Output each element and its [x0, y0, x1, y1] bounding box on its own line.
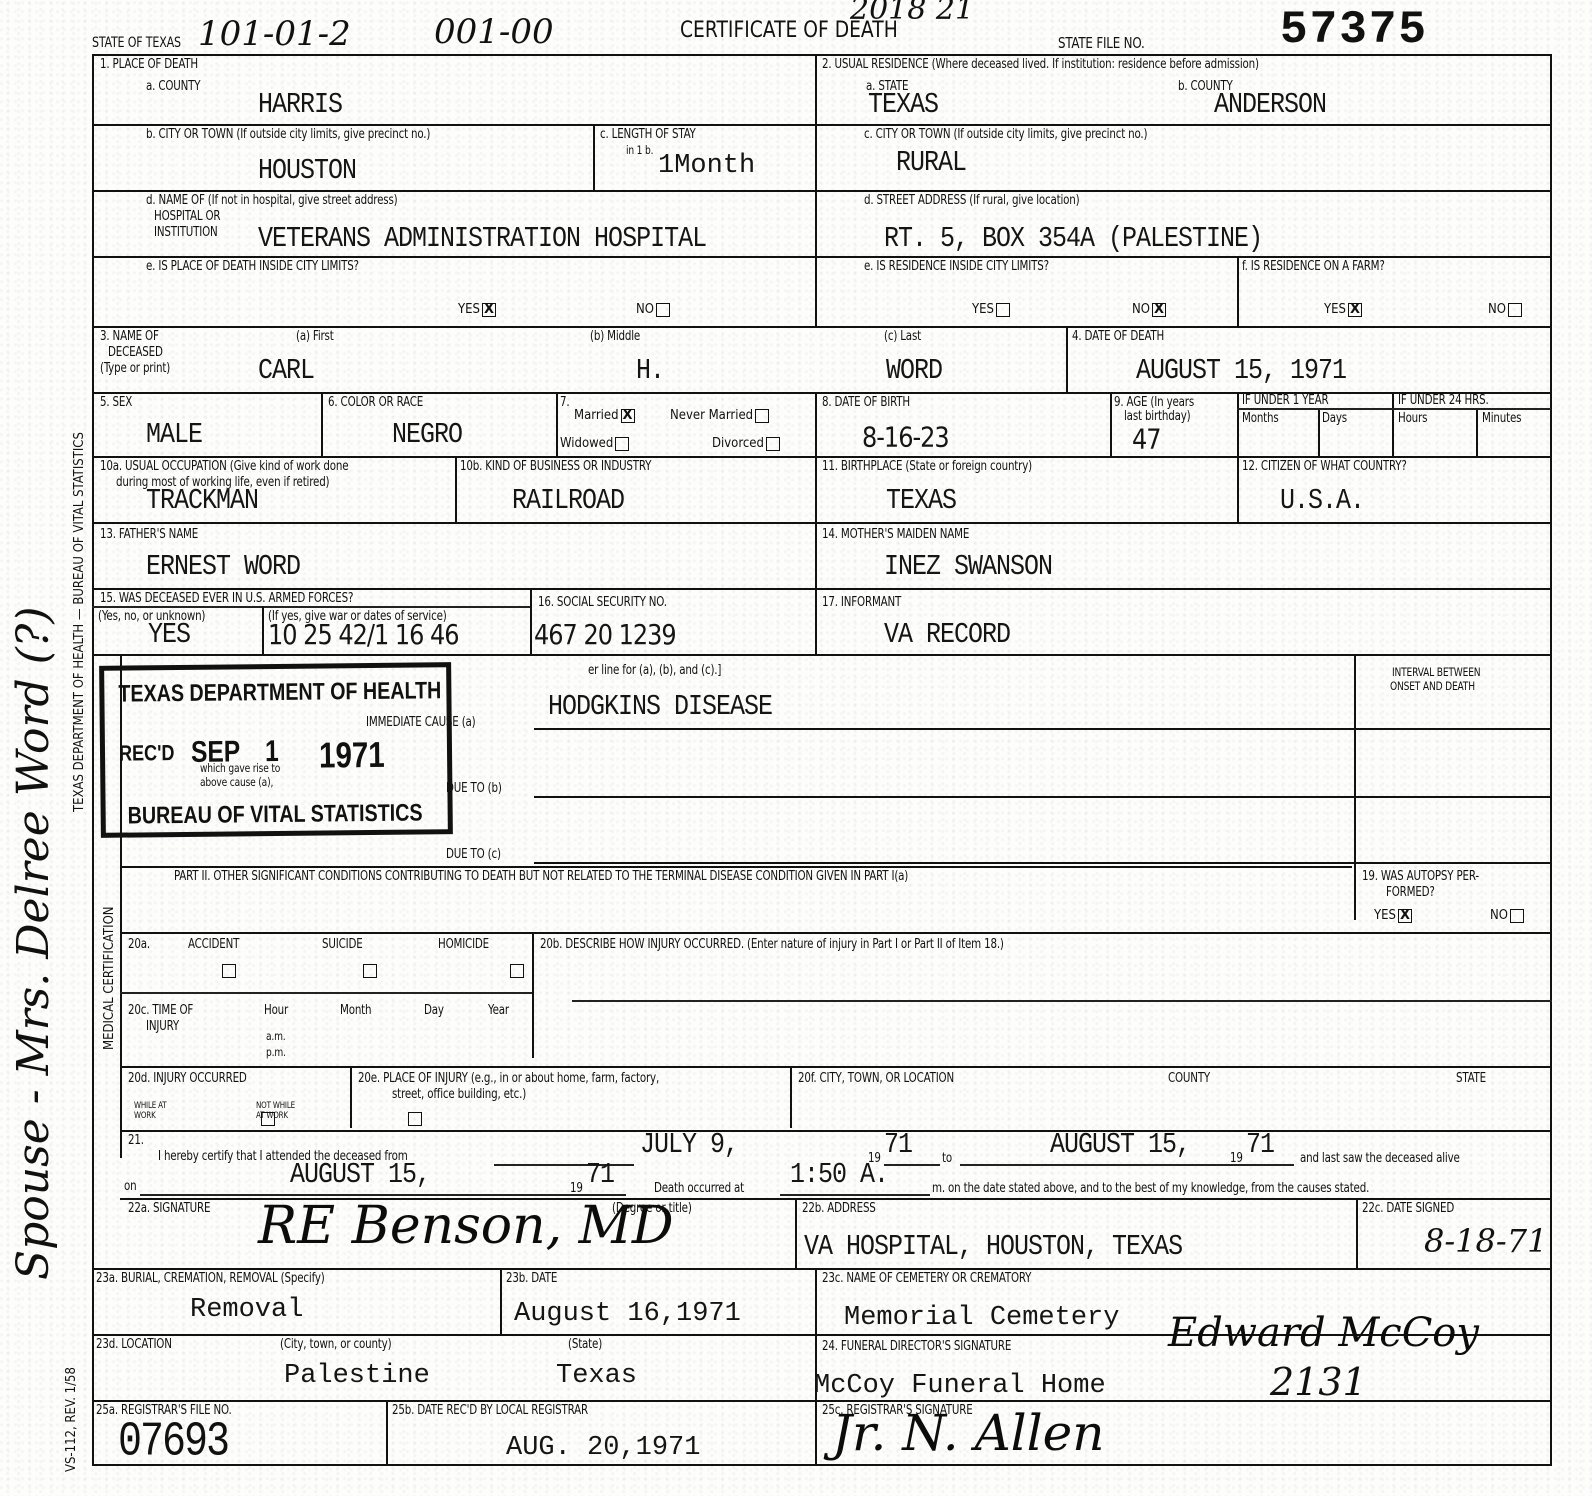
mother-label: 14. MOTHER'S MAIDEN NAME [822, 528, 969, 542]
col-line [500, 1268, 502, 1334]
handwritten-code-1: 101-01-2 [198, 14, 351, 54]
state-file-label: STATE FILE NO. [1058, 36, 1145, 50]
medical-certification-vertical-text: MEDICAL CERTIFICATION [102, 906, 117, 1050]
cemetery-value: Memorial Cemetery [844, 1304, 1119, 1332]
checkbox-checked[interactable]: X [621, 409, 635, 423]
checkbox[interactable] [766, 437, 780, 451]
age-value: 47 [1132, 424, 1161, 454]
cemetery-label: 23c. NAME OF CEMETERY OR CREMATORY [822, 1272, 1031, 1286]
res-farm-label: f. IS RESIDENCE ON A FARM? [1242, 260, 1385, 274]
on-label: on [124, 1180, 136, 1194]
last-seen-date: AUGUST 15, [290, 1160, 430, 1190]
length-of-stay-value: 1Month [658, 152, 755, 180]
length-of-stay-sublabel: in 1 b. [626, 144, 653, 156]
armed-forces-label: 15. WAS DECEASED EVER IN U.S. ARMED FORC… [100, 592, 353, 606]
sex-value: MALE [146, 420, 202, 450]
col-line [321, 392, 323, 456]
time-of-injury-label-1: 20c. TIME OF [128, 1004, 193, 1018]
married-label: Married [574, 408, 619, 423]
hour-label: Hour [264, 1004, 288, 1018]
hospital-label-3: INSTITUTION [154, 226, 218, 240]
col-line [350, 1066, 352, 1128]
row-line [534, 728, 1552, 730]
funeral-director-label: 24. FUNERAL DIRECTOR'S SIGNATURE [822, 1340, 1011, 1354]
res-inside-limits-label: e. IS RESIDENCE INSIDE CITY LIMITS? [864, 260, 1049, 274]
birthplace-label: 11. BIRTHPLACE (State or foreign country… [822, 460, 1032, 474]
place-of-injury-label-2: street, office building, etc.) [392, 1088, 526, 1102]
autopsy-label-1: 19. WAS AUTOPSY PER- [1362, 870, 1479, 884]
widowed-option[interactable]: Widowed [560, 436, 629, 452]
row-line [92, 392, 1552, 394]
first-name-value: CARL [258, 356, 314, 386]
year-label: Year [488, 1004, 509, 1018]
last-seen-year: 71 [586, 1160, 614, 1190]
birthplace-value: TEXAS [886, 486, 956, 516]
pod-city-value: HOUSTON [258, 156, 356, 186]
checkbox-checked[interactable]: X [1348, 303, 1362, 317]
stamp-recd: REC'D [119, 740, 175, 767]
row-line [120, 992, 532, 994]
row-line [534, 862, 1552, 864]
funeral-home-value: McCoy Funeral Home [814, 1372, 1106, 1400]
cert-num: 21. [128, 1134, 144, 1148]
pod-inside-limits-yes[interactable]: YESX [458, 302, 496, 318]
mother-value: INEZ SWANSON [884, 552, 1052, 582]
frame-bottom-line [92, 1464, 1552, 1466]
row-line [120, 1066, 1552, 1068]
race-value: NEGRO [392, 420, 462, 450]
stamp-dept: TEXAS DEPARTMENT OF HEALTH [118, 677, 441, 708]
autopsy-no[interactable]: NO [1490, 908, 1524, 924]
date-of-death-value: AUGUST 15, 1971 [1136, 356, 1346, 386]
registrar-date-label: 25b. DATE REC'D BY LOCAL REGISTRAR [392, 1404, 588, 1418]
interval-label-2: ONSET AND DEATH [1390, 680, 1475, 692]
row-line [92, 522, 1552, 524]
pod-county-label: a. COUNTY [146, 80, 200, 94]
row-line [92, 456, 1552, 458]
address-value: VA HOSPITAL, HOUSTON, TEXAS [804, 1232, 1182, 1262]
under-year-label: IF UNDER 1 YEAR [1242, 394, 1328, 408]
length-of-stay-label: c. LENGTH OF STAY [600, 128, 696, 142]
place-of-injury-label-1: 20e. PLACE OF INJURY (e.g., in or about … [358, 1072, 659, 1086]
handwritten-code-2: 001-00 [434, 12, 554, 52]
funeral-license-number: 2131 [1270, 1360, 1367, 1404]
form-revision-text: VS-112, REV. 1/58 [64, 1367, 79, 1472]
homicide-label: HOMICIDE [438, 938, 489, 952]
col-line [530, 588, 532, 654]
state-label: STATE OF TEXAS [92, 36, 181, 50]
location-state-value: Texas [556, 1362, 637, 1390]
row-line [92, 124, 816, 126]
attended-to-date: AUGUST 15, [1050, 1130, 1190, 1160]
am-label: a.m. [266, 1030, 286, 1042]
hospital-label-2: HOSPITAL OR [154, 210, 220, 224]
row-line [92, 326, 1552, 328]
row-line [815, 124, 1551, 126]
col-line [790, 1066, 792, 1128]
res-street-value: RT. 5, BOX 354A (PALESTINE) [884, 224, 1262, 254]
death-time-value: 1:50 A. [790, 1160, 888, 1190]
col-line [556, 392, 558, 456]
row-line [120, 866, 1352, 868]
industry-label: 10b. KIND OF BUSINESS OR INDUSTRY [460, 460, 651, 474]
row-line [92, 588, 1552, 590]
col-line [1318, 408, 1320, 456]
date-of-death-label: 4. DATE OF DEATH [1072, 330, 1164, 344]
row-line [572, 1000, 1552, 1002]
res-city-value: RURAL [896, 148, 966, 178]
injury-type-label: 20a. [128, 938, 150, 952]
yes-label: YES [458, 302, 480, 317]
disposition-date-label: 23b. DATE [506, 1272, 557, 1286]
injury-county-label: COUNTY [1168, 1072, 1210, 1086]
burial-label: 23a. BURIAL, CREMATION, REMOVAL (Specify… [96, 1272, 325, 1286]
death-certificate-page: STATE OF TEXAS 101-01-2 001-00 CERTIFICA… [0, 0, 1592, 1496]
checkbox-checked[interactable]: X [482, 303, 496, 317]
yes-label: YES [972, 302, 994, 317]
not-at-work-checkbox[interactable] [408, 1112, 422, 1126]
frame-left-line [92, 54, 94, 1464]
injury-occurred-label: 20d. INJURY OCCURRED [128, 1072, 247, 1086]
race-label: 6. COLOR OR RACE [328, 396, 423, 410]
occupation-value: TRACKMAN [146, 486, 258, 516]
checkbox[interactable] [996, 303, 1010, 317]
received-stamp: TEXAS DEPARTMENT OF HEALTH REC'D SEP 1 1… [99, 662, 453, 838]
col-line [532, 932, 534, 1058]
never-married-label: Never Married [670, 408, 753, 423]
burial-value: Removal [190, 1296, 303, 1324]
citizen-value: U.S.A. [1280, 486, 1364, 516]
armed-forces-value: YES [148, 620, 190, 650]
place-of-death-label: 1. PLACE OF DEATH [100, 58, 198, 72]
cert-text-3: m. on the date stated above, and to the … [932, 1182, 1369, 1196]
col-line [1237, 256, 1239, 326]
attended-from-year: 71 [884, 1130, 912, 1160]
accident-checkbox[interactable] [222, 964, 236, 978]
middle-name-value: H. [636, 356, 664, 386]
registrar-signature: Jr. N. Allen [832, 1404, 1104, 1462]
autopsy-yes[interactable]: YESX [1374, 908, 1412, 924]
due-to-c-label: DUE TO (c) [446, 848, 501, 862]
injury-state-label: STATE [1456, 1072, 1486, 1086]
injury-location-label: 20f. CITY, TOWN, OR LOCATION [798, 1072, 954, 1086]
attended-to-year: 71 [1246, 1130, 1274, 1160]
date-signed-label: 22c. DATE SIGNED [1362, 1202, 1454, 1216]
describe-injury-label: 20b. DESCRIBE HOW INJURY OCCURRED. (Ente… [540, 938, 1004, 952]
minutes-label: Minutes [1482, 412, 1521, 426]
registrar-date-value: AUG. 20,1971 [506, 1434, 700, 1462]
immediate-cause-value: HODGKINS DISEASE [548, 692, 772, 722]
interval-column-line [1354, 654, 1356, 920]
res-street-label: d. STREET ADDRESS (If rural, give locati… [864, 194, 1079, 208]
location-state-sublabel: (State) [568, 1338, 602, 1352]
col-line [455, 456, 457, 522]
last-name-label: (c) Last [884, 330, 921, 344]
hospital-label-1: d. NAME OF (If not in hospital, give str… [146, 194, 397, 208]
col-line [795, 1198, 797, 1268]
to-label: to [942, 1152, 952, 1166]
death-occurred-label: Death occurred at [654, 1182, 744, 1196]
suicide-label: SUICIDE [322, 938, 363, 952]
checkbox-checked[interactable]: X [1398, 909, 1412, 923]
row-line [92, 256, 1552, 258]
row-line [1237, 408, 1551, 410]
department-vertical-text: TEXAS DEPARTMENT OF HEALTH — BUREAU OF V… [72, 432, 87, 812]
months-label: Months [1242, 412, 1279, 426]
time-of-injury-label-2: INJURY [146, 1020, 179, 1034]
interval-label-1: INTERVAL BETWEEN [1392, 666, 1480, 678]
col-line [1066, 326, 1068, 392]
col-line [1356, 1198, 1358, 1268]
under-day-label: IF UNDER 24 HRS. [1398, 394, 1489, 408]
row-line [92, 1268, 1552, 1270]
days-label: Days [1322, 412, 1347, 426]
age-label-2: last birthday) [1124, 410, 1190, 424]
checkbox-checked[interactable]: X [1152, 303, 1166, 317]
pod-inside-limits-label: e. IS PLACE OF DEATH INSIDE CITY LIMITS? [146, 260, 359, 274]
name-label-1: 3. NAME OF [100, 330, 159, 344]
col-line [593, 124, 595, 190]
cert-text-2: and last saw the deceased alive [1300, 1152, 1460, 1166]
name-label-3: (Type or print) [100, 362, 170, 376]
address-label: 22b. ADDRESS [802, 1202, 876, 1216]
occupation-label-1: 10a. USUAL OCCUPATION (Give kind of work… [100, 460, 348, 474]
underline [884, 1164, 940, 1166]
col-line [386, 1400, 388, 1464]
row-line [92, 606, 532, 608]
divorced-label: Divorced [712, 436, 764, 451]
state-file-number: 57375 [1280, 4, 1428, 56]
no-label: NO [1132, 302, 1150, 317]
col-line [1110, 392, 1112, 456]
residence-label: 2. USUAL RESIDENCE (Where deceased lived… [822, 58, 1259, 72]
informant-value: VA RECORD [884, 620, 1010, 650]
father-value: ERNEST WORD [146, 552, 300, 582]
industry-value: RAILROAD [512, 486, 624, 516]
degree-label: (Degree or title) [612, 1202, 692, 1216]
no-label: NO [636, 302, 654, 317]
frame-right-line [1550, 54, 1552, 1464]
divorced-option[interactable]: Divorced [712, 436, 780, 452]
widowed-label: Widowed [560, 436, 613, 451]
pm-label: p.m. [266, 1046, 286, 1058]
location-city-value: Palestine [284, 1362, 430, 1390]
res-state-value: TEXAS [868, 90, 938, 120]
location-label: 23d. LOCATION [96, 1338, 172, 1352]
accident-label: ACCIDENT [188, 938, 239, 952]
due-to-b-label: DUE TO (b) [446, 782, 502, 796]
attended-from-date: JULY 9, [640, 1130, 738, 1160]
middle-name-label: (b) Middle [590, 330, 640, 344]
res-inside-limits-yes[interactable]: YES [972, 302, 1010, 318]
name-label-2: DECEASED [108, 346, 163, 360]
father-label: 13. FATHER'S NAME [100, 528, 198, 542]
ssn-value: 467 20 1239 [534, 620, 676, 650]
handwritten-title-note: 2018 21 [850, 0, 974, 27]
part-two-label: PART II. OTHER SIGNIFICANT CONDITIONS CO… [174, 870, 908, 884]
res-city-label: c. CITY OR TOWN (If outside city limits,… [864, 128, 1147, 142]
stamp-bureau: BUREAU OF VITAL STATISTICS [128, 799, 423, 830]
hours-label: Hours [1398, 412, 1427, 426]
row-line [92, 1400, 1552, 1402]
checkbox[interactable] [755, 409, 769, 423]
citizen-label: 12. CITIZEN OF WHAT COUNTRY? [1242, 460, 1407, 474]
row-line [92, 190, 1552, 192]
col-line [1392, 392, 1394, 456]
hospital-value: VETERANS ADMINISTRATION HOSPITAL [258, 224, 706, 254]
pod-inside-limits-no[interactable]: NO [636, 302, 670, 318]
checkbox[interactable] [1510, 909, 1524, 923]
not-at-work-label-2: AT WORK [256, 1110, 288, 1122]
disposition-date-value: August 16,1971 [514, 1300, 741, 1328]
checkbox[interactable] [615, 437, 629, 451]
date-signed-value: 8-18-71 [1424, 1222, 1547, 1260]
handwritten-spouse-note: Spouse - Mrs. Delree Word (?) [8, 606, 59, 1280]
checkbox[interactable] [1508, 303, 1522, 317]
stamp-year: 1971 [319, 734, 385, 777]
no-label: NO [1490, 908, 1508, 923]
checkbox[interactable] [656, 303, 670, 317]
signature-label: 22a. SIGNATURE [128, 1202, 210, 1216]
row-line [92, 654, 1552, 656]
marital-label: 7. [560, 396, 569, 410]
yes-label: YES [1374, 908, 1396, 923]
cause-header-tail: er line for (a), (b), and (c).] [588, 664, 721, 678]
col-line [262, 606, 264, 654]
service-dates-value: 10 25 42/1 16 46 [268, 620, 459, 650]
res-inside-limits-no[interactable]: NOX [1132, 302, 1166, 318]
row-line [120, 1130, 1552, 1132]
frame-top-line [92, 54, 1552, 56]
conditions-label-2: which gave rise to [200, 762, 280, 774]
never-married-option[interactable]: Never Married [670, 408, 769, 424]
yes-label: YES [1324, 302, 1346, 317]
month-label: Month [340, 1004, 371, 1018]
row-line [534, 796, 1552, 798]
last-name-value: WORD [886, 356, 942, 386]
married-option[interactable]: MarriedX [574, 408, 635, 424]
res-county-value: ANDERSON [1214, 90, 1326, 120]
pod-city-label: b. CITY OR TOWN (If outside city limits,… [146, 128, 430, 142]
date-of-birth-label: 8. DATE OF BIRTH [822, 396, 910, 410]
col-line [1237, 392, 1239, 522]
res-farm-yes[interactable]: YESX [1324, 302, 1362, 318]
homicide-checkbox[interactable] [510, 964, 524, 978]
first-name-label: (a) First [296, 330, 334, 344]
funeral-director-signature: Edward McCoy [1168, 1310, 1479, 1356]
row-line [120, 932, 1552, 934]
registrar-file-value: 07693 [118, 1416, 228, 1470]
no-label: NO [1488, 302, 1506, 317]
informant-label: 17. INFORMANT [822, 596, 901, 610]
res-farm-no[interactable]: NO [1488, 302, 1522, 318]
age-label-1: 9. AGE (In years [1114, 396, 1194, 410]
date-of-birth-value: 8-16-23 [862, 422, 949, 452]
ssn-label: 16. SOCIAL SECURITY NO. [538, 596, 667, 610]
pod-county-value: HARRIS [258, 90, 342, 120]
underline [960, 1164, 1294, 1166]
autopsy-label-2: FORMED? [1386, 886, 1435, 900]
day-label: Day [424, 1004, 444, 1018]
underline [780, 1194, 930, 1196]
location-city-sublabel: (City, town, or county) [280, 1338, 391, 1352]
while-at-work-label-2: WORK [134, 1110, 156, 1122]
col-line [1476, 408, 1478, 456]
suicide-checkbox[interactable] [363, 964, 377, 978]
sex-label: 5. SEX [100, 396, 132, 410]
conditions-label-3: above cause (a), [200, 776, 273, 788]
col-line [815, 1268, 817, 1464]
century-3: 19 [570, 1182, 583, 1196]
